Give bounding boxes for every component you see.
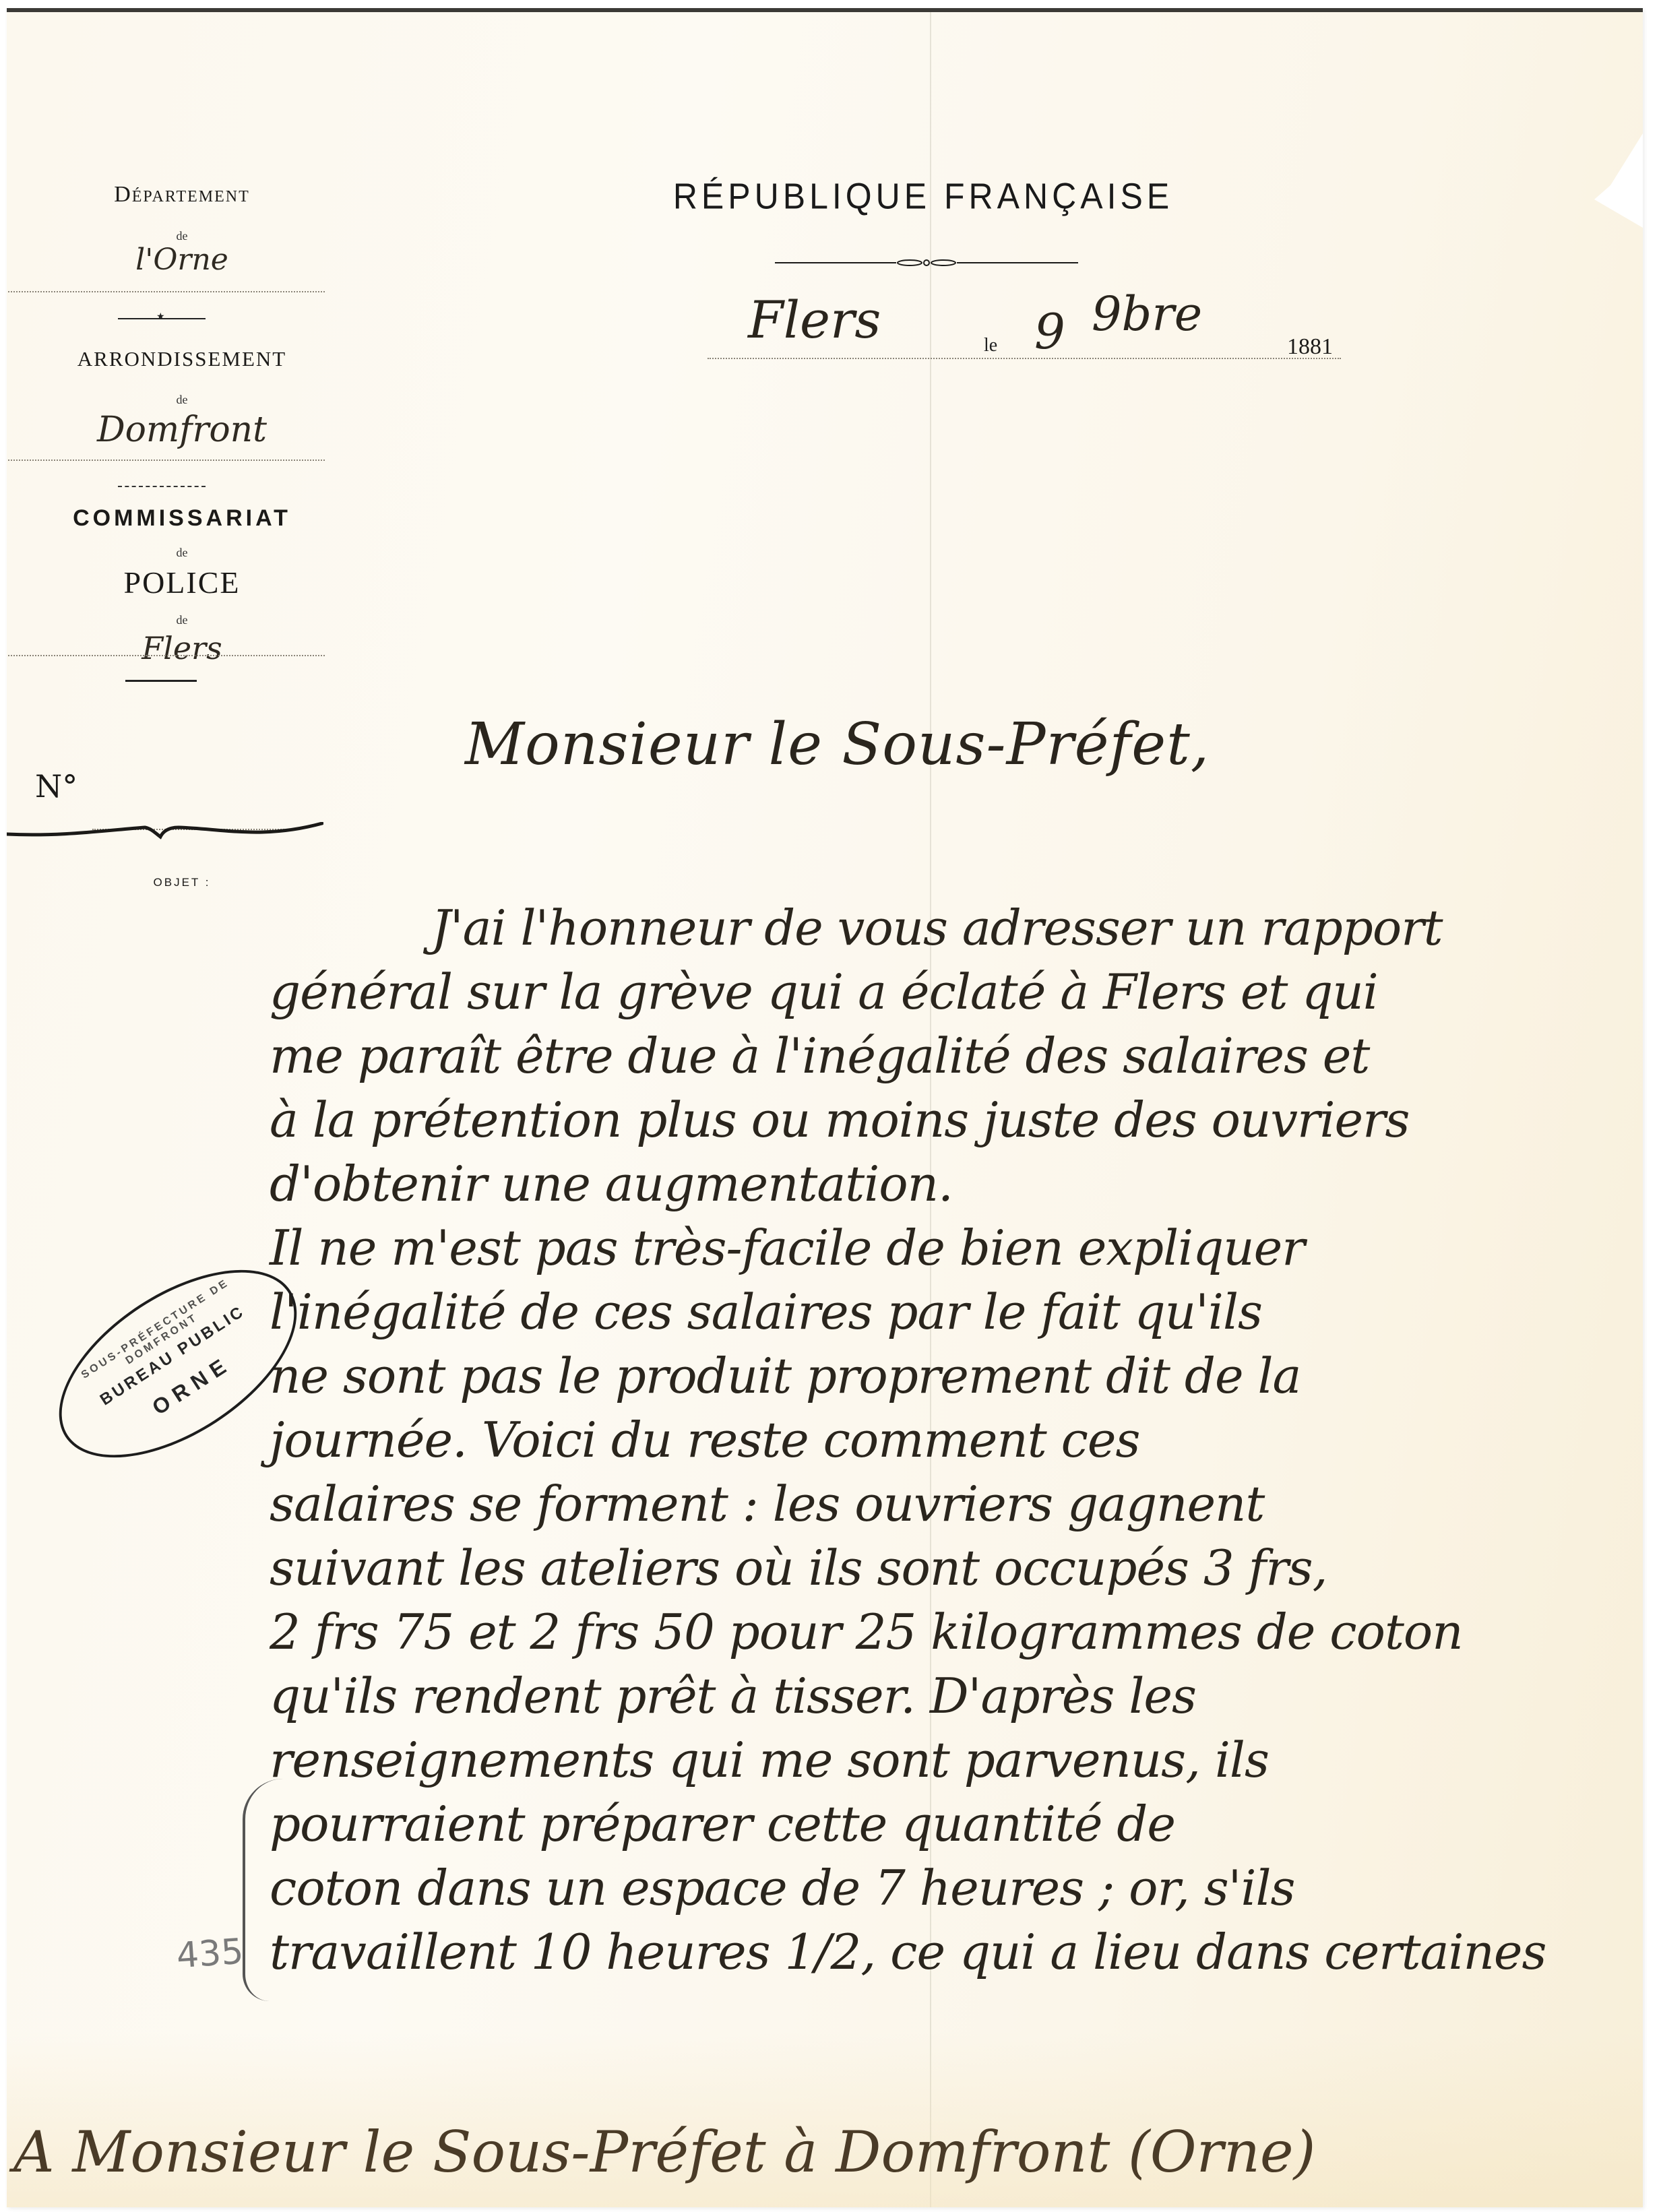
letter-line: suivant les ateliers où ils sont occupés… bbox=[270, 1540, 1327, 1596]
margin-bracket bbox=[243, 1779, 286, 2001]
torn-edge bbox=[1589, 133, 1643, 228]
dash-divider bbox=[118, 486, 206, 487]
date-baseline bbox=[708, 358, 1341, 359]
letter-line: ne sont pas le produit proprement dit de… bbox=[270, 1348, 1300, 1404]
letter-line: renseignements qui me sont parvenus, ils bbox=[270, 1732, 1269, 1788]
date-month: 9bre bbox=[1092, 286, 1202, 342]
margin-number: 435 bbox=[175, 1932, 245, 1977]
letter-line: à la prétention plus ou moins juste des … bbox=[270, 1092, 1409, 1148]
dotted-rule bbox=[8, 291, 325, 292]
date-day: 9 bbox=[1034, 303, 1065, 360]
letter-line: me paraît être due à l'inégalité des sal… bbox=[270, 1028, 1369, 1084]
letter-line: J'ai l'honneur de vous adresser un rappo… bbox=[431, 899, 1443, 956]
dotted-rule bbox=[8, 655, 325, 656]
letter-line: journée. Voici du reste comment ces bbox=[270, 1412, 1139, 1468]
police-value: Flers bbox=[40, 630, 323, 666]
swash-ornament-icon bbox=[7, 822, 323, 849]
departement-value: l'Orne bbox=[40, 243, 323, 277]
letter-line: travaillent 10 heures 1/2, ce qui a lieu… bbox=[270, 1924, 1546, 1980]
commissariat-label: COMMISSARIAT bbox=[40, 505, 323, 532]
dotted-rule bbox=[8, 460, 325, 461]
police-label: POLICE bbox=[40, 565, 323, 600]
letter-line: pourraient préparer cette quantité de bbox=[270, 1796, 1175, 1852]
letter-line: coton dans un espace de 7 heures ; or, s… bbox=[270, 1860, 1294, 1916]
ornamental-divider-icon bbox=[775, 258, 1078, 267]
departement-label: Département bbox=[40, 182, 323, 208]
arrondissement-label: ARRONDISSEMENT bbox=[40, 347, 323, 371]
arrondissement-value: Domfront bbox=[40, 410, 323, 450]
addressee-line: A Monsieur le Sous-Préfet à Domfront (Or… bbox=[13, 2119, 1315, 2185]
arrondissement-de: de bbox=[40, 393, 323, 407]
letter-line: qu'ils rendent prêt à tisser. D'après le… bbox=[270, 1668, 1196, 1724]
letter-line: salaires se forment : les ouvriers gagne… bbox=[270, 1476, 1264, 1532]
date-place: Flers bbox=[748, 290, 881, 350]
police-de: de bbox=[40, 613, 323, 627]
date-year: 1881 bbox=[1287, 334, 1333, 360]
salutation: Monsieur le Sous-Préfet, bbox=[465, 711, 1210, 778]
date-le: le bbox=[984, 335, 997, 356]
letter-line: l'inégalité de ces salaires par le fait … bbox=[270, 1284, 1262, 1340]
star-divider-icon bbox=[118, 318, 206, 319]
commissariat-de: de bbox=[40, 546, 323, 560]
objet-label: OBJET : bbox=[40, 876, 323, 889]
departement-de: de bbox=[40, 229, 323, 243]
letter-line: 2 frs 75 et 2 frs 50 pour 25 kilogrammes… bbox=[270, 1604, 1463, 1660]
page-title: RÉPUBLIQUE FRANÇAISE bbox=[593, 175, 1253, 218]
numero-label: N° bbox=[35, 768, 77, 804]
divider-rule bbox=[125, 680, 197, 682]
letter-line: Il ne m'est pas très-facile de bien expl… bbox=[270, 1220, 1305, 1276]
letter-line: général sur la grève qui a éclaté à Fler… bbox=[270, 963, 1378, 1020]
letter-line: d'obtenir une augmentation. bbox=[270, 1156, 953, 1212]
